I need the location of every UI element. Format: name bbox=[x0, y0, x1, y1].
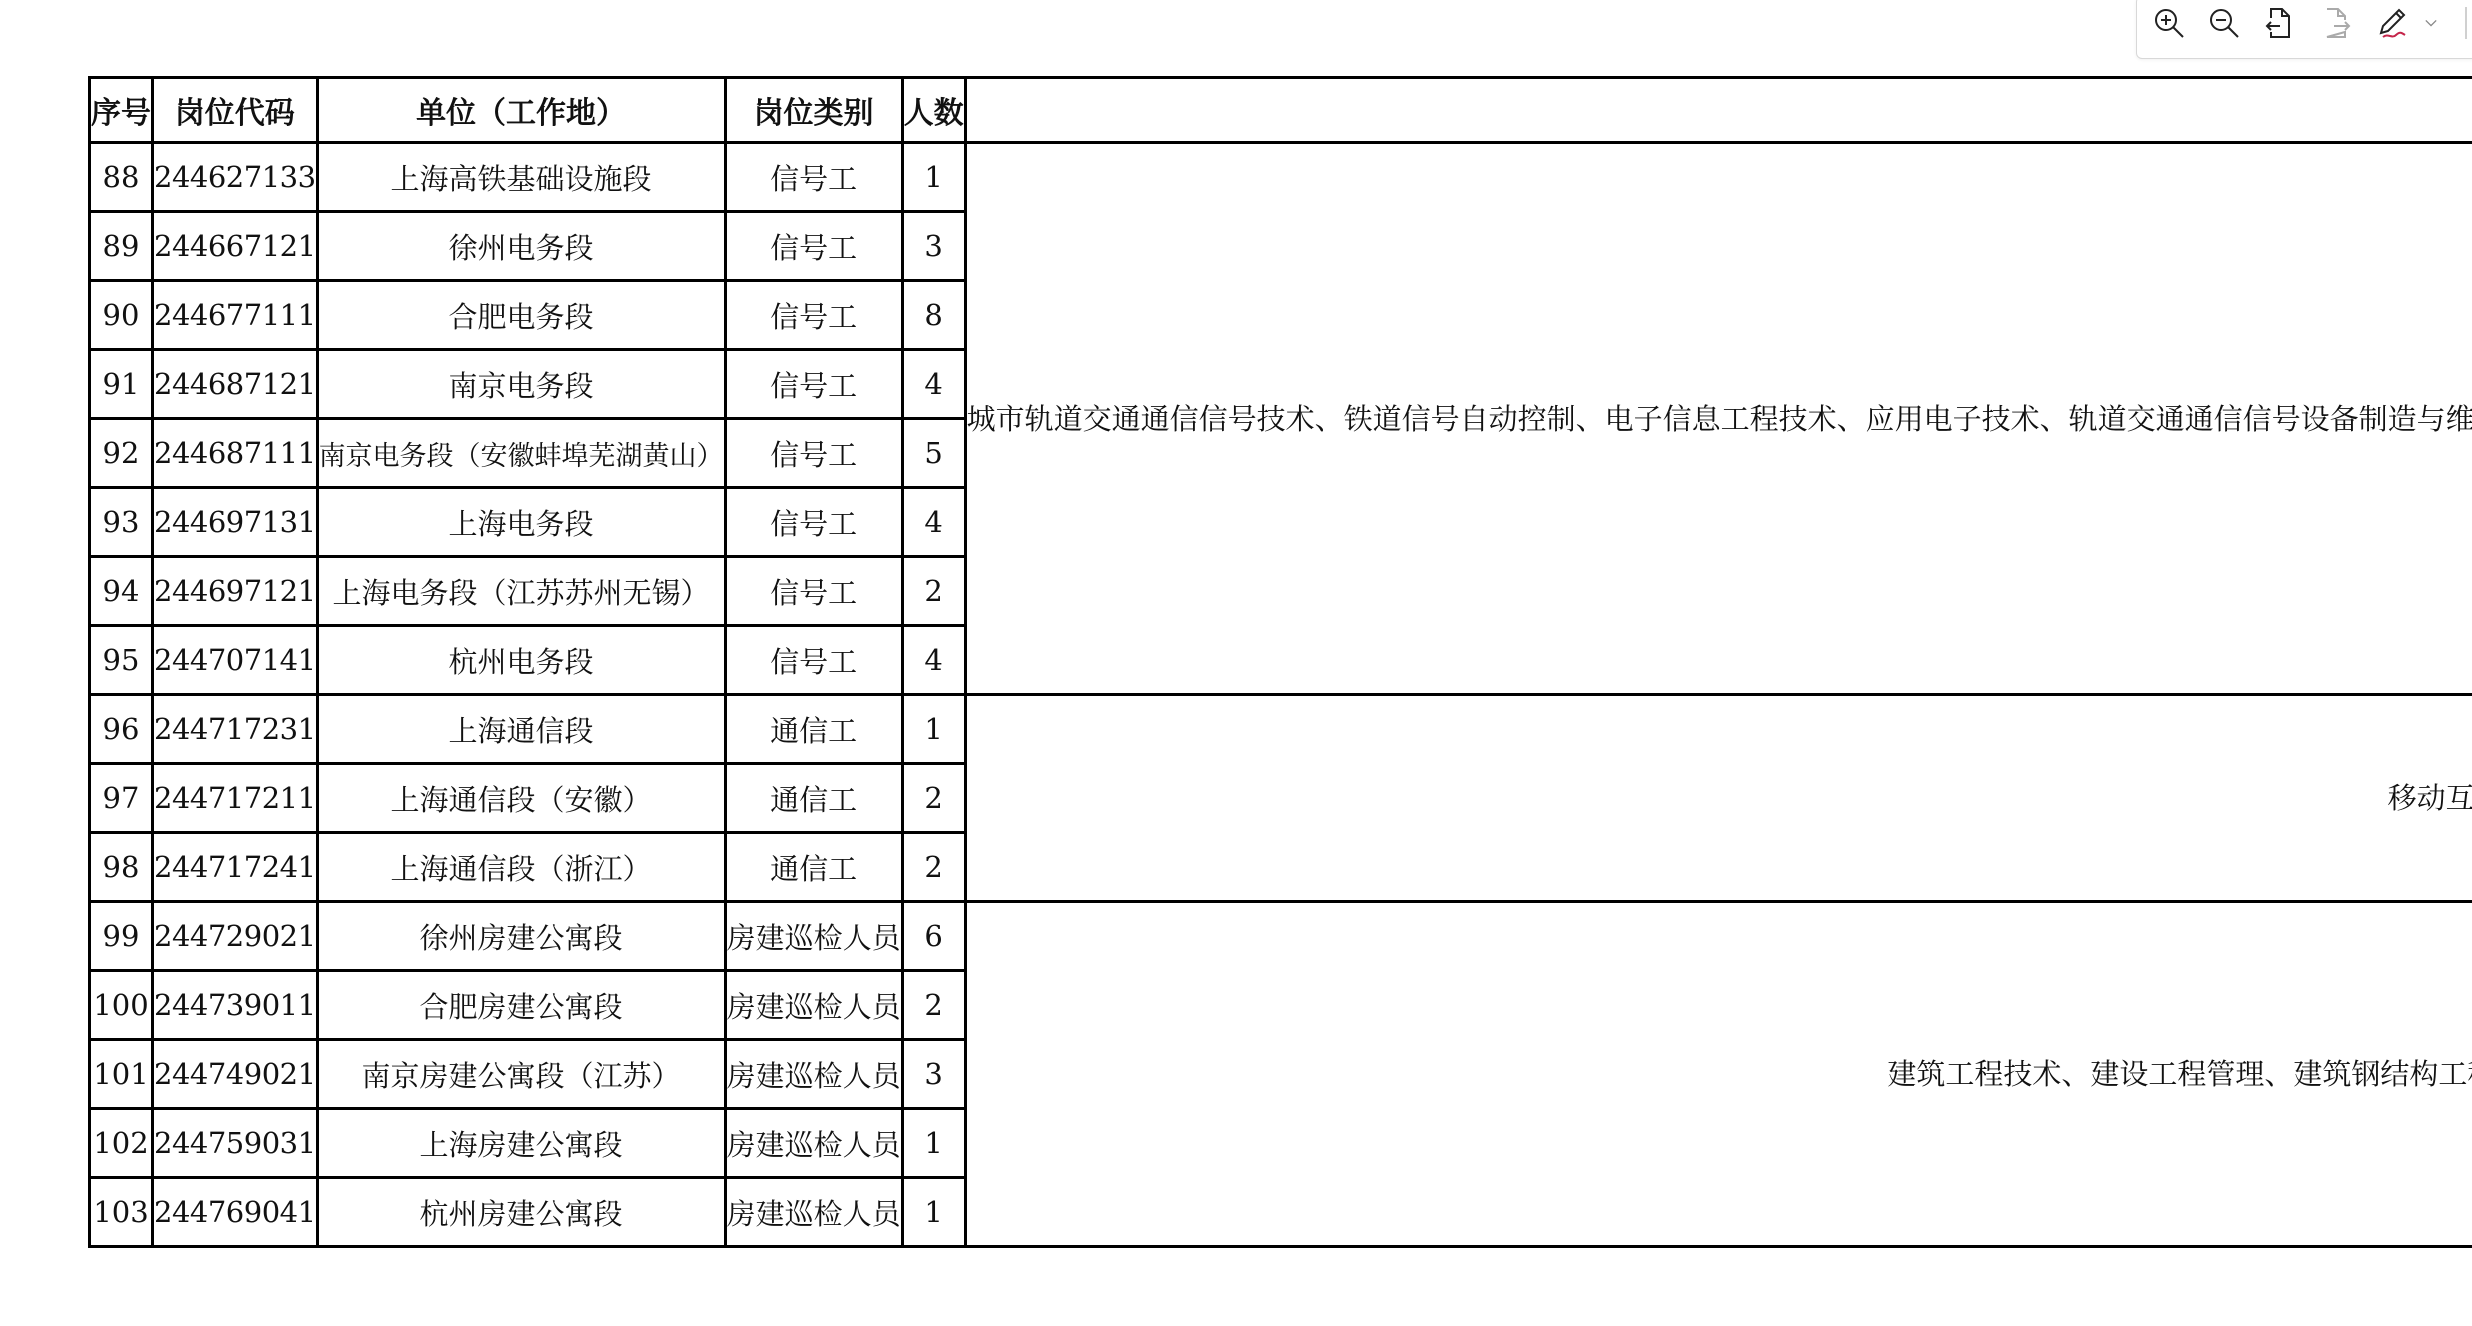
page-arrow-left-icon bbox=[2262, 6, 2296, 40]
cell-headcount: 1 bbox=[902, 143, 965, 212]
page-arrow-right-icon bbox=[2320, 6, 2354, 40]
cell-serial-no: 90 bbox=[90, 281, 153, 350]
pdf-toolbar bbox=[2136, 0, 2472, 59]
cell-unit: 南京房建公寓段（江苏） bbox=[317, 1040, 725, 1109]
cell-category: 房建巡检人员 bbox=[725, 1040, 902, 1109]
cell-headcount: 4 bbox=[902, 488, 965, 557]
cell-headcount: 2 bbox=[902, 833, 965, 902]
zoom-in-icon bbox=[2152, 6, 2186, 40]
cell-position-code: 244717241 bbox=[153, 833, 318, 902]
cell-unit: 杭州房建公寓段 bbox=[317, 1178, 725, 1247]
job-positions-table: 序号 岗位代码 单位（工作地） 岗位类别 人数 专业要求 备注 88 24462… bbox=[88, 76, 2472, 1248]
cell-category: 信号工 bbox=[725, 212, 902, 281]
cell-position-code: 244769041 bbox=[153, 1178, 318, 1247]
cell-headcount: 6 bbox=[902, 902, 965, 971]
toolbar-divider bbox=[2465, 7, 2467, 39]
cell-category: 房建巡检人员 bbox=[725, 902, 902, 971]
previous-page-button[interactable] bbox=[2259, 3, 2299, 43]
table-row: 99 244729021 徐州房建公寓段 房建巡检人员 6 建筑工程技术、建设工… bbox=[90, 902, 2472, 971]
cell-headcount: 2 bbox=[902, 557, 965, 626]
cell-serial-no: 103 bbox=[90, 1178, 153, 1247]
cell-major-requirements-signal: 城市轨道交通通信信号技术、铁道信号自动控制、电子信息工程技术、应用电子技术、轨道… bbox=[965, 143, 2472, 695]
cell-serial-no: 91 bbox=[90, 350, 153, 419]
cell-headcount: 4 bbox=[902, 626, 965, 695]
cell-category: 通信工 bbox=[725, 695, 902, 764]
header-headcount: 人数 bbox=[902, 78, 965, 143]
cell-serial-no: 96 bbox=[90, 695, 153, 764]
cell-category: 信号工 bbox=[725, 626, 902, 695]
cell-headcount: 2 bbox=[902, 764, 965, 833]
zoom-out-icon bbox=[2207, 6, 2241, 40]
cell-major-requirements-building: 建筑工程技术、建设工程管理、建筑钢结构工程技术、建筑电气工程技术、土木工程检测技… bbox=[965, 902, 2472, 1247]
cell-serial-no: 102 bbox=[90, 1109, 153, 1178]
chevron-down-icon bbox=[2420, 12, 2442, 34]
cell-position-code: 244729021 bbox=[153, 902, 318, 971]
cell-serial-no: 93 bbox=[90, 488, 153, 557]
cell-headcount: 1 bbox=[902, 695, 965, 764]
cell-category: 房建巡检人员 bbox=[725, 1178, 902, 1247]
cell-category: 信号工 bbox=[725, 281, 902, 350]
cell-unit: 南京电务段 bbox=[317, 350, 725, 419]
table-row: 88 244627133 上海高铁基础设施段 信号工 1 城市轨道交通通信信号技… bbox=[90, 143, 2472, 212]
header-unit: 单位（工作地） bbox=[317, 78, 725, 143]
cell-position-code: 244707141 bbox=[153, 626, 318, 695]
next-page-button[interactable] bbox=[2317, 3, 2357, 43]
cell-unit: 徐州电务段 bbox=[317, 212, 725, 281]
cell-unit: 合肥房建公寓段 bbox=[317, 971, 725, 1040]
cell-unit: 上海高铁基础设施段 bbox=[317, 143, 725, 212]
cell-unit: 南京电务段（安徽蚌埠芜湖黄山） bbox=[317, 419, 725, 488]
cell-category: 信号工 bbox=[725, 557, 902, 626]
cell-serial-no: 92 bbox=[90, 419, 153, 488]
cell-position-code: 244687111 bbox=[153, 419, 318, 488]
cell-headcount: 2 bbox=[902, 971, 965, 1040]
cell-position-code: 244697121 bbox=[153, 557, 318, 626]
cell-category: 信号工 bbox=[725, 143, 902, 212]
cell-unit: 上海电务段（江苏苏州无锡） bbox=[317, 557, 725, 626]
zoom-in-button[interactable] bbox=[2149, 3, 2189, 43]
cell-serial-no: 88 bbox=[90, 143, 153, 212]
cell-serial-no: 101 bbox=[90, 1040, 153, 1109]
cell-unit: 合肥电务段 bbox=[317, 281, 725, 350]
table-header-row: 序号 岗位代码 单位（工作地） 岗位类别 人数 专业要求 备注 bbox=[90, 78, 2472, 143]
cell-unit: 上海电务段 bbox=[317, 488, 725, 557]
cell-unit: 上海房建公寓段 bbox=[317, 1109, 725, 1178]
cell-category: 信号工 bbox=[725, 419, 902, 488]
cell-serial-no: 94 bbox=[90, 557, 153, 626]
cell-major-requirements-communication: 移动互联应用技术、铁道通信与信息化技术、现代通信技术（光通信技术、通信技术）、通… bbox=[965, 695, 2472, 902]
cell-position-code: 244627133 bbox=[153, 143, 318, 212]
cell-position-code: 244759031 bbox=[153, 1109, 318, 1178]
cell-position-code: 244717231 bbox=[153, 695, 318, 764]
cell-category: 信号工 bbox=[725, 488, 902, 557]
cell-position-code: 244739011 bbox=[153, 971, 318, 1040]
cell-position-code: 244749021 bbox=[153, 1040, 318, 1109]
cell-category: 房建巡检人员 bbox=[725, 1109, 902, 1178]
cell-headcount: 3 bbox=[902, 1040, 965, 1109]
cell-position-code: 244677111 bbox=[153, 281, 318, 350]
draw-button[interactable] bbox=[2372, 3, 2412, 43]
draw-options-dropdown[interactable] bbox=[2417, 3, 2445, 43]
cell-unit: 杭州电务段 bbox=[317, 626, 725, 695]
header-position-category: 岗位类别 bbox=[725, 78, 902, 143]
cell-unit: 上海通信段（浙江） bbox=[317, 833, 725, 902]
table-row: 96 244717231 上海通信段 通信工 1 移动互联应用技术、铁道通信与信… bbox=[90, 695, 2472, 764]
header-position-code: 岗位代码 bbox=[153, 78, 318, 143]
cell-serial-no: 95 bbox=[90, 626, 153, 695]
cell-headcount: 1 bbox=[902, 1178, 965, 1247]
cell-serial-no: 99 bbox=[90, 902, 153, 971]
pen-icon bbox=[2375, 6, 2409, 40]
cell-serial-no: 100 bbox=[90, 971, 153, 1040]
cell-category: 房建巡检人员 bbox=[725, 971, 902, 1040]
header-major-requirements: 专业要求 bbox=[965, 78, 2472, 143]
cell-headcount: 5 bbox=[902, 419, 965, 488]
cell-category: 通信工 bbox=[725, 833, 902, 902]
header-serial-no: 序号 bbox=[90, 78, 153, 143]
zoom-out-button[interactable] bbox=[2204, 3, 2244, 43]
cell-headcount: 1 bbox=[902, 1109, 965, 1178]
cell-headcount: 8 bbox=[902, 281, 965, 350]
cell-unit: 徐州房建公寓段 bbox=[317, 902, 725, 971]
cell-headcount: 3 bbox=[902, 212, 965, 281]
cell-category: 信号工 bbox=[725, 350, 902, 419]
cell-headcount: 4 bbox=[902, 350, 965, 419]
cell-position-code: 244667121 bbox=[153, 212, 318, 281]
cell-unit: 上海通信段 bbox=[317, 695, 725, 764]
cell-unit: 上海通信段（安徽） bbox=[317, 764, 725, 833]
cell-serial-no: 89 bbox=[90, 212, 153, 281]
cell-position-code: 244697131 bbox=[153, 488, 318, 557]
cell-category: 通信工 bbox=[725, 764, 902, 833]
cell-position-code: 244717211 bbox=[153, 764, 318, 833]
cell-serial-no: 98 bbox=[90, 833, 153, 902]
cell-serial-no: 97 bbox=[90, 764, 153, 833]
cell-position-code: 244687121 bbox=[153, 350, 318, 419]
